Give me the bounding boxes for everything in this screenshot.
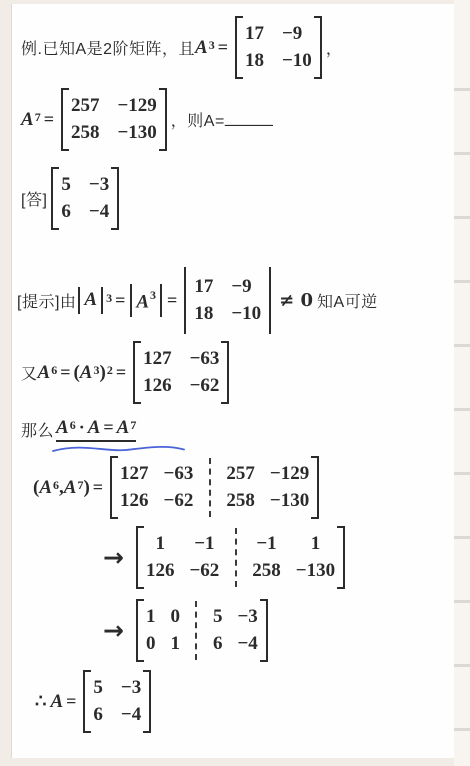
matrix-cell: 257 — [226, 461, 255, 487]
matrix-cell: 258 — [71, 120, 100, 146]
augmented-matrix-3: 1 0 5 −3 0 1 6 −4 — [136, 599, 268, 662]
exponent: 7 — [130, 418, 136, 433]
equals-sign: = — [164, 290, 180, 311]
matrix-cell: −3 — [121, 675, 141, 701]
exponent: 7 — [35, 110, 41, 125]
a6-line: 又 A6 = (A3)2 = 127 −63 126 −62 — [12, 341, 454, 404]
matrix-a3: 17 −9 18 −10 — [235, 16, 322, 79]
matrix-answer: 5 −3 6 −4 — [51, 167, 119, 230]
dot-operator: · — [76, 417, 88, 438]
exponent: 6 — [53, 478, 59, 493]
matrix-cell: −130 — [270, 488, 309, 514]
matrix-cell: −10 — [282, 48, 312, 74]
matrix-cell: 1 — [170, 631, 180, 657]
problem-line-1: 例.已知A是2阶矩阵，且 A3 = 17 −9 18 −10 ， — [12, 16, 454, 79]
partition-dashed-line — [195, 601, 197, 660]
problem-line-2: A7 = 257 −129 258 −130 ，则A= ______ — [12, 88, 454, 151]
matrix-cell: 126 — [143, 373, 172, 399]
rowreduce-line-1: → 1 −1 −1 1 126 −62 258 −130 — [94, 526, 454, 589]
var-a: A — [117, 417, 130, 439]
underlined-relation: A6 · A = A7 — [56, 417, 136, 442]
hint-line: [提示]由 A3 = A3 = 17 −9 18 −10 ≠ 0 知A可逆 — [8, 269, 454, 332]
matrix-cell: 258 — [252, 558, 281, 584]
matrix-cell: 17 — [194, 274, 213, 300]
matrix-a7: 257 −129 258 −130 — [61, 88, 167, 151]
matrix-a6: 127 −63 126 −62 — [133, 341, 229, 404]
augmented-matrix-1: 127 −63 257 −129 126 −62 258 −130 — [110, 456, 319, 519]
matrix-cell: 6 — [61, 199, 71, 225]
abs-bars: A — [78, 287, 103, 314]
matrix-cell: −129 — [117, 93, 156, 119]
matrix-cell: −63 — [190, 346, 220, 372]
matrix-cell: 17 — [245, 21, 264, 47]
var-a: A — [136, 292, 149, 313]
equals-sign: = — [41, 109, 57, 130]
content-area: 例.已知A是2阶矩阵，且 A3 = 17 −9 18 −10 ， A7 = 25… — [11, 4, 454, 758]
var-a: A — [21, 109, 34, 131]
equals-sign: = — [112, 290, 128, 311]
exponent: 2 — [107, 363, 113, 378]
matrix-cell: 18 — [194, 301, 213, 327]
var-a: A — [88, 417, 101, 439]
rowreduce-line-2: → 1 0 5 −3 0 1 6 −4 — [94, 599, 454, 662]
exponent: 3 — [93, 363, 99, 378]
matrix-cell: −130 — [117, 120, 156, 146]
arrow-icon: → — [103, 618, 124, 643]
matrix-cell: −1 — [256, 531, 276, 557]
matrix-cell: −129 — [270, 461, 309, 487]
matrix-cell: 127 — [120, 461, 149, 487]
also-text: 又 — [21, 361, 38, 384]
equals-sign: = — [90, 477, 106, 498]
comma: ， — [326, 36, 343, 59]
matrix-cell: 0 — [146, 631, 156, 657]
matrix-cell: 126 — [120, 488, 149, 514]
matrix-cell: −3 — [89, 172, 109, 198]
matrix-cell: 0 — [170, 604, 180, 630]
matrix-cell: 1 — [155, 531, 165, 557]
matrix-cell: 127 — [143, 346, 172, 372]
var-a: A — [50, 691, 63, 713]
exponent: 6 — [70, 418, 76, 433]
var-a: A — [39, 477, 52, 499]
relation-line: 那么 A6 · A = A7 — [12, 412, 454, 446]
equals-sign: = — [57, 362, 73, 383]
answer-label: [答] — [21, 187, 47, 210]
abs-bars: A3 — [130, 284, 162, 316]
matrix-cell: −4 — [89, 199, 109, 225]
answer-line: [答] 5 −3 6 −4 — [12, 167, 454, 230]
determinant-matrix: 17 −9 18 −10 — [184, 269, 271, 332]
exponent: 3 — [209, 38, 215, 53]
matrix-cell: 126 — [146, 558, 175, 584]
not-equal-zero: ≠ 0 — [279, 290, 313, 311]
arrow-icon: → — [103, 545, 124, 570]
matrix-cell: −62 — [164, 488, 194, 514]
matrix-cell: −62 — [190, 373, 220, 399]
var-a: A — [38, 362, 51, 384]
augmented-matrix-2: 1 −1 −1 1 126 −62 258 −130 — [136, 526, 345, 589]
matrix-cell: −63 — [164, 461, 194, 487]
matrix-cell: −130 — [296, 558, 335, 584]
matrix-cell: 5 — [213, 604, 223, 630]
matrix-cell: 1 — [311, 531, 321, 557]
partition-dashed-line — [209, 458, 211, 517]
equals-sign: = — [215, 37, 231, 58]
matrix-cell: −4 — [237, 631, 257, 657]
exponent: 3 — [106, 291, 112, 306]
therefore-symbol: ∴ — [35, 691, 46, 712]
matrix-cell: 6 — [93, 702, 103, 728]
equals-sign: = — [63, 691, 79, 712]
var-a: A — [64, 477, 77, 499]
problem-intro-text: 例.已知A是2阶矩阵，且 — [21, 36, 195, 59]
var-a: A — [84, 289, 97, 310]
matrix-cell: 6 — [213, 631, 223, 657]
equals-sign: = — [113, 362, 129, 383]
matrix-cell: 5 — [93, 675, 103, 701]
answer-blank: ______ — [225, 111, 273, 129]
matrix-cell: −3 — [237, 604, 257, 630]
matrix-cell: −1 — [194, 531, 214, 557]
question-text: ，则A= — [171, 108, 225, 131]
matrix-cell: −4 — [121, 702, 141, 728]
matrix-cell: 18 — [245, 48, 264, 74]
var-a: A — [195, 37, 208, 59]
close-paren: ) — [99, 362, 105, 384]
matrix-cell: −9 — [231, 274, 251, 300]
matrix-cell: 257 — [71, 93, 100, 119]
matrix-cell: −9 — [282, 21, 302, 47]
hint-label: [提示]由 — [17, 289, 76, 312]
wavy-underline-annotation — [50, 441, 188, 455]
matrix-cell: −62 — [189, 558, 219, 584]
matrix-cell: 1 — [146, 604, 156, 630]
then-text: 那么 — [21, 418, 54, 441]
var-a: A — [80, 362, 93, 384]
matrix-cell: −10 — [231, 301, 261, 327]
exponent: 6 — [51, 363, 57, 378]
matrix-cell: 5 — [61, 172, 71, 198]
equals-sign: = — [100, 417, 116, 438]
matrix-cell: 258 — [226, 488, 255, 514]
ruled-lines — [454, 27, 470, 766]
exponent: 7 — [77, 478, 83, 493]
var-a: A — [56, 417, 69, 439]
conclusion-line: ∴ A = 5 −3 6 −4 — [22, 670, 454, 733]
matrix-final-answer: 5 −3 6 −4 — [83, 670, 151, 733]
augmented-line: (A6,A7) = 127 −63 257 −129 126 −62 258 −… — [24, 456, 454, 519]
right-margin-strip — [454, 0, 470, 766]
hint-conclusion-text: 知A可逆 — [317, 289, 378, 312]
exponent: 3 — [150, 288, 156, 302]
partition-dashed-line — [235, 528, 237, 587]
